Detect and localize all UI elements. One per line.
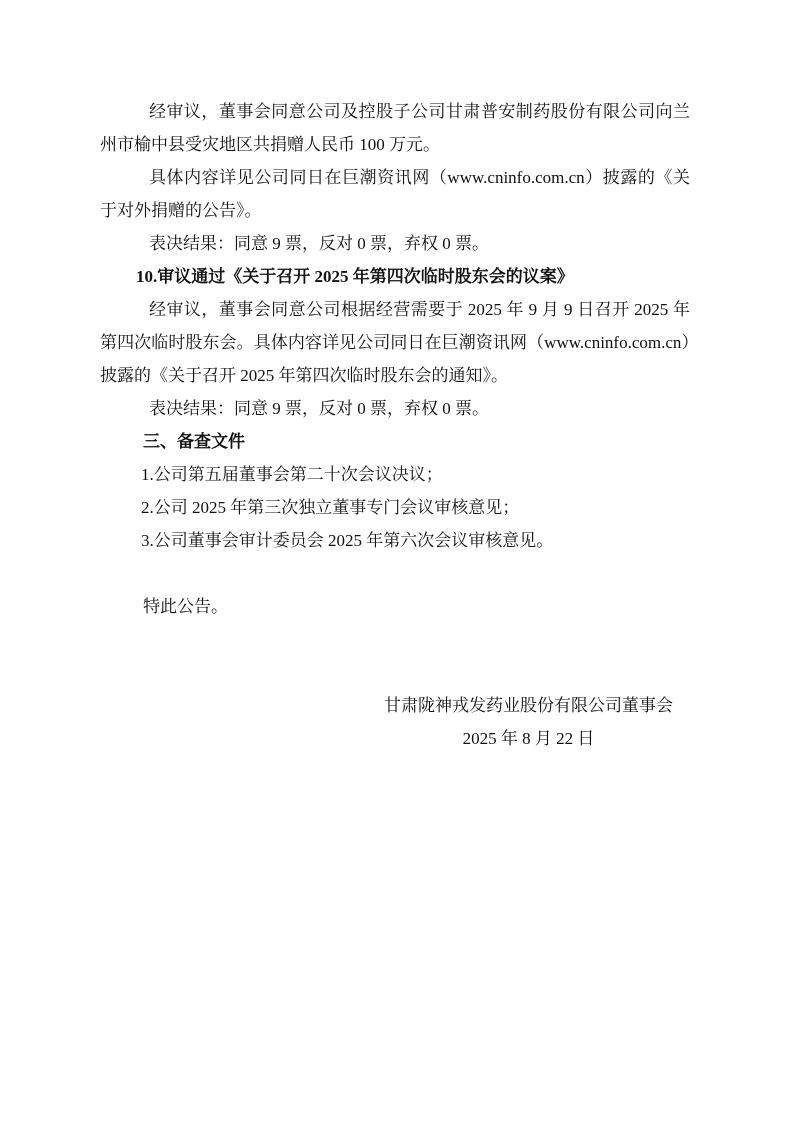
reference-document-2: 2.公司 2025 年第三次独立董事专门会议审核意见； xyxy=(100,491,690,524)
heading-item10: 10.审议通过《关于召开 2025 年第四次临时股东会的议案》 xyxy=(100,260,690,293)
paragraph-donation-resolution: 经审议，董事会同意公司及控股子公司甘肃普安制药股份有限公司向兰州市榆中县受灾地区… xyxy=(100,95,690,161)
paragraph-item10-resolution: 经审议，董事会同意公司根据经营需要于 2025 年 9 月 9 日召开 2025… xyxy=(100,293,690,392)
signature-date: 2025 年 8 月 22 日 xyxy=(384,722,673,755)
closing-statement: 特此公告。 xyxy=(100,590,690,623)
signature-block: 甘肃陇神戎发药业股份有限公司董事会 2025 年 8 月 22 日 xyxy=(100,689,690,755)
signature-company: 甘肃陇神戎发药业股份有限公司董事会 xyxy=(384,689,673,722)
vote-result-item9: 表决结果：同意 9 票，反对 0 票，弃权 0 票。 xyxy=(100,227,690,260)
signature-inner: 甘肃陇神戎发药业股份有限公司董事会 2025 年 8 月 22 日 xyxy=(384,689,673,755)
announcement-body: 经审议，董事会同意公司及控股子公司甘肃普安制药股份有限公司向兰州市榆中县受灾地区… xyxy=(0,0,793,755)
heading-reference-documents: 三、备查文件 xyxy=(100,425,690,458)
reference-document-3: 3.公司董事会审计委员会 2025 年第六次会议审核意见。 xyxy=(100,524,690,557)
vote-result-item10: 表决结果：同意 9 票，反对 0 票，弃权 0 票。 xyxy=(100,392,690,425)
paragraph-donation-disclosure: 具体内容详见公司同日在巨潮资讯网（www.cninfo.com.cn）披露的《关… xyxy=(100,161,690,227)
document-page: 经审议，董事会同意公司及控股子公司甘肃普安制药股份有限公司向兰州市榆中县受灾地区… xyxy=(0,0,793,1122)
reference-document-1: 1.公司第五届董事会第二十次会议决议； xyxy=(100,458,690,491)
